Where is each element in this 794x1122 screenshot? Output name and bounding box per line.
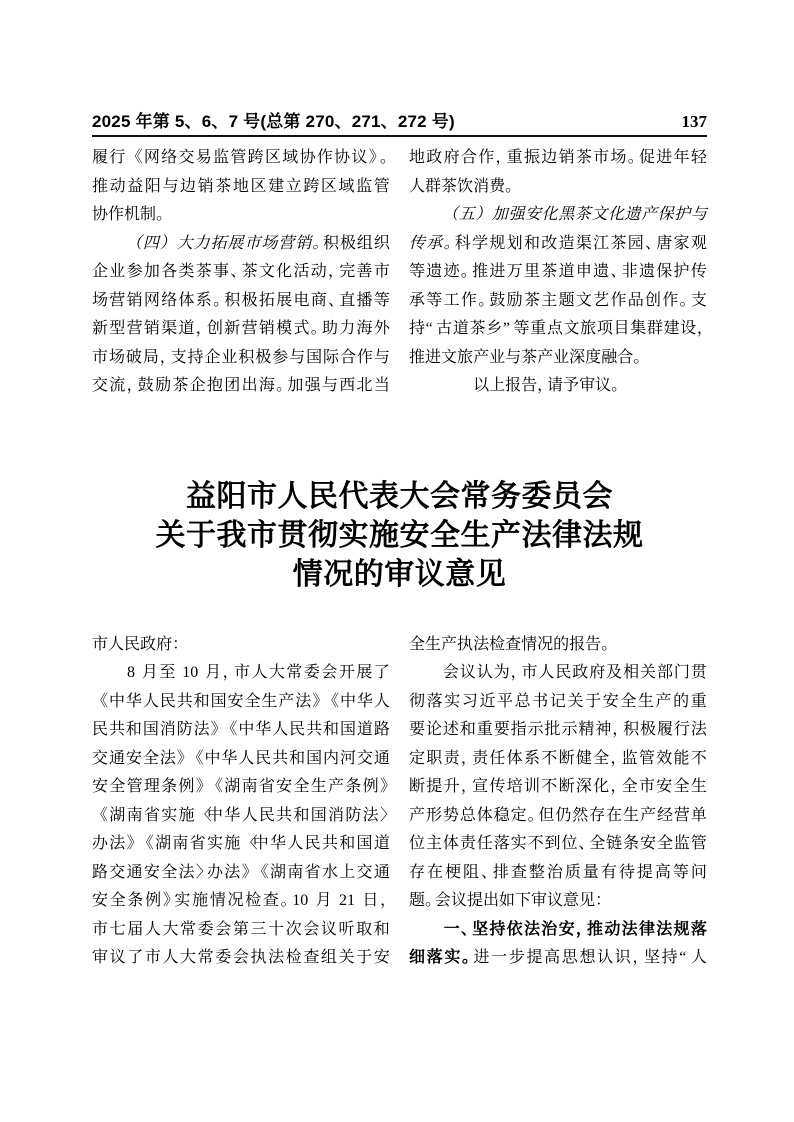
char: 共 bbox=[109, 716, 125, 745]
char: 企 bbox=[190, 372, 206, 401]
char: 次 bbox=[286, 916, 302, 945]
char: 查 bbox=[511, 859, 527, 888]
char: 实 bbox=[161, 802, 177, 831]
char: 销 bbox=[198, 173, 214, 202]
char: 质 bbox=[565, 859, 581, 888]
top-section-right-column: 地政府合作，重振边销茶市场。促进年轻人群茶饮消费。 （五）加强安化黑茶文化遗产保… bbox=[409, 144, 707, 401]
char: 国 bbox=[211, 688, 227, 717]
char: 与 bbox=[505, 344, 521, 373]
char: 化 bbox=[608, 201, 624, 230]
char: 活 bbox=[293, 258, 309, 287]
char: 湖 bbox=[109, 802, 125, 831]
char: 共 bbox=[306, 716, 322, 745]
char: 拓 bbox=[211, 230, 227, 259]
char: 产 bbox=[656, 688, 672, 717]
char: 彻 bbox=[409, 688, 425, 717]
char: 审 bbox=[579, 372, 595, 401]
char: 主 bbox=[541, 287, 557, 316]
char: 民 bbox=[259, 802, 275, 831]
char: ， bbox=[380, 887, 390, 916]
char: ， bbox=[576, 916, 586, 945]
char: 宣 bbox=[472, 773, 488, 802]
char bbox=[310, 887, 314, 916]
char: 通 bbox=[374, 859, 390, 888]
char: 产 bbox=[328, 773, 344, 802]
char: 系 bbox=[524, 745, 540, 774]
char: 道 bbox=[453, 315, 469, 344]
top-section-left-column: 履行《网络交易监管跨区域协作协议》。推动益阳与边销茶地区建立跨区域监管协作机制。… bbox=[92, 144, 390, 401]
char: 家 bbox=[674, 230, 690, 259]
text-line: 交通安全法》《中华人民共和国内河交通 bbox=[92, 745, 390, 774]
char: 。 bbox=[478, 287, 488, 316]
char: 落 bbox=[691, 916, 707, 945]
char: 传 bbox=[409, 230, 425, 259]
char: 认 bbox=[597, 944, 613, 973]
char: 位 bbox=[561, 830, 577, 859]
char: 了 bbox=[127, 944, 143, 973]
text-line: 市人民政府： bbox=[92, 631, 390, 660]
char: 到 bbox=[545, 830, 561, 859]
char: 想 bbox=[579, 944, 595, 973]
char bbox=[136, 659, 140, 688]
char: 业 bbox=[489, 344, 505, 373]
char: 极 bbox=[340, 230, 356, 259]
char: 法 bbox=[622, 916, 638, 945]
char: 规 bbox=[674, 916, 690, 945]
char: 见 bbox=[579, 887, 595, 916]
char: 交 bbox=[109, 859, 125, 888]
char: 促 bbox=[639, 144, 655, 173]
char: 工 bbox=[444, 287, 460, 316]
char: 产 bbox=[640, 802, 656, 831]
char: 不 bbox=[541, 773, 557, 802]
char: 和 bbox=[126, 716, 142, 745]
char: 实 bbox=[207, 830, 223, 859]
char: 于 bbox=[585, 688, 601, 717]
char: 落 bbox=[427, 688, 443, 717]
char: 府 bbox=[156, 631, 172, 660]
char: 进 bbox=[474, 944, 490, 973]
text-line: 安全管理条例》《湖南省安全生产条例》 bbox=[92, 773, 390, 802]
document-title: 益阳市人民代表大会常务委员会 关于我市贯彻实施安全生产法律法规 情况的审议意见 bbox=[92, 477, 707, 594]
char: 10 bbox=[292, 887, 308, 916]
char: 监 bbox=[674, 830, 690, 859]
char: 生 bbox=[691, 773, 707, 802]
char: 极 bbox=[640, 716, 656, 745]
text-line: 以上报告，请予审议。 bbox=[409, 372, 707, 401]
char: 书 bbox=[532, 688, 548, 717]
char: 拓 bbox=[259, 287, 275, 316]
char: 遗 bbox=[639, 258, 655, 287]
char: 以 bbox=[473, 372, 489, 401]
char: 查 bbox=[263, 887, 279, 916]
char: 安 bbox=[144, 859, 160, 888]
char: 商 bbox=[311, 287, 327, 316]
char: 交 bbox=[178, 144, 194, 173]
char: 》 bbox=[242, 859, 252, 888]
char: 国 bbox=[306, 745, 322, 774]
char: 为 bbox=[494, 659, 510, 688]
char: 》 bbox=[163, 887, 173, 916]
char: 法 bbox=[160, 745, 176, 774]
char: 播 bbox=[357, 287, 373, 316]
char: 业 bbox=[221, 344, 237, 373]
char: 大 bbox=[180, 944, 196, 973]
char: “ bbox=[679, 944, 689, 973]
char: ： bbox=[172, 631, 182, 660]
char: 实 bbox=[174, 887, 190, 916]
char: 道 bbox=[374, 830, 390, 859]
char: 组 bbox=[357, 230, 373, 259]
char: 建 bbox=[664, 315, 680, 344]
char: 执 bbox=[457, 631, 473, 660]
char: 委 bbox=[198, 916, 214, 945]
char: 管 bbox=[374, 173, 390, 202]
char: 安 bbox=[92, 887, 108, 916]
char: 产 bbox=[641, 201, 657, 230]
char: 茶 bbox=[196, 258, 212, 287]
char: 场 bbox=[261, 230, 277, 259]
text-line: 8 月至 10 月，市人大常委会开展了 bbox=[92, 659, 390, 688]
bottom-section-left-column: 市人民政府： 8 月至 10 月，市人大常委会开展了《中华人民共和国安全生产法》… bbox=[92, 631, 390, 973]
char: 人 bbox=[145, 916, 161, 945]
char: 届 bbox=[127, 916, 143, 945]
char: 唐 bbox=[656, 230, 672, 259]
char: 中 bbox=[340, 688, 356, 717]
char: 排 bbox=[493, 859, 509, 888]
char: 和 bbox=[524, 230, 540, 259]
char: 治 bbox=[541, 916, 557, 945]
char: 里 bbox=[524, 258, 540, 287]
char: 人 bbox=[108, 631, 124, 660]
char: 民 bbox=[555, 659, 571, 688]
char: 四 bbox=[143, 230, 159, 259]
char: 与 bbox=[691, 201, 707, 230]
char: 待 bbox=[619, 859, 635, 888]
char: ， bbox=[160, 344, 170, 373]
char: 不 bbox=[541, 745, 557, 774]
char: 通 bbox=[109, 745, 125, 774]
char: （ bbox=[126, 230, 142, 259]
text-line: 市场破局，支持企业积极参与国际合作与 bbox=[92, 344, 390, 373]
char: 当 bbox=[374, 372, 390, 401]
char: 委 bbox=[215, 944, 231, 973]
char: 茶 bbox=[575, 201, 591, 230]
char: 府 bbox=[444, 144, 460, 173]
char: 华 bbox=[357, 688, 373, 717]
char: 、 bbox=[230, 258, 240, 287]
char: 华 bbox=[224, 802, 240, 831]
char: 项 bbox=[597, 315, 613, 344]
char: 行 bbox=[109, 144, 125, 173]
char: 》 bbox=[211, 716, 221, 745]
char: 》 bbox=[177, 745, 187, 774]
text-line: 办法》《湖南省实施〈中华人民共和国道 bbox=[92, 830, 390, 859]
char: 推 bbox=[472, 258, 488, 287]
char: 《 bbox=[138, 830, 154, 859]
char: 。 bbox=[633, 344, 643, 373]
char: 断 bbox=[559, 773, 575, 802]
char: 了 bbox=[374, 659, 390, 688]
char: 道 bbox=[178, 315, 194, 344]
char: 推 bbox=[409, 344, 425, 373]
char: 培 bbox=[507, 773, 523, 802]
char: 群 bbox=[425, 173, 441, 202]
char: 大 bbox=[162, 916, 178, 945]
char: 出 bbox=[483, 887, 499, 916]
char: 贯 bbox=[691, 659, 707, 688]
char: 地 bbox=[233, 173, 249, 202]
char: 示 bbox=[528, 716, 544, 745]
char: 人 bbox=[374, 688, 390, 717]
char: 实 bbox=[511, 830, 527, 859]
char: 营 bbox=[278, 230, 294, 259]
char: 施 bbox=[224, 830, 240, 859]
char: 关 bbox=[567, 688, 583, 717]
char: 民 bbox=[160, 688, 176, 717]
char: 络 bbox=[161, 287, 177, 316]
text-line: 场营销网络体系。积极拓展电商、直播等 bbox=[92, 287, 390, 316]
char: 落 bbox=[494, 830, 510, 859]
char: 跨 bbox=[303, 173, 319, 202]
char: 茶 bbox=[576, 144, 592, 173]
char bbox=[357, 887, 361, 916]
char: 创 bbox=[645, 287, 661, 316]
char bbox=[177, 659, 181, 688]
char: 茶 bbox=[215, 173, 231, 202]
char bbox=[109, 230, 125, 259]
char: 域 bbox=[339, 173, 355, 202]
char: 施 bbox=[192, 887, 208, 916]
char: 法 bbox=[691, 716, 707, 745]
char: 总 bbox=[515, 688, 531, 717]
char: 共 bbox=[177, 688, 193, 717]
char: 民 bbox=[305, 830, 321, 859]
char: 法 bbox=[295, 688, 311, 717]
char: 安 bbox=[126, 745, 142, 774]
char: 业 bbox=[553, 344, 569, 373]
char: 市 bbox=[92, 631, 108, 660]
char: 鼓 bbox=[138, 372, 154, 401]
char: 市 bbox=[92, 344, 108, 373]
char: 如 bbox=[499, 887, 515, 916]
char: 一 bbox=[491, 944, 507, 973]
char: 》 bbox=[312, 688, 322, 717]
char: 10 bbox=[182, 659, 198, 688]
char: 和 bbox=[194, 688, 210, 717]
char: 任 bbox=[477, 830, 493, 859]
char: 合 bbox=[461, 144, 477, 173]
char: 全 bbox=[110, 887, 126, 916]
char: 法 bbox=[224, 859, 240, 888]
char: 边 bbox=[541, 144, 557, 173]
char: 责 bbox=[472, 745, 488, 774]
text-line: 传承。科学规划和改造渠江茶园、唐家观 bbox=[409, 230, 707, 259]
char: 生 bbox=[425, 631, 441, 660]
char: 企 bbox=[204, 344, 220, 373]
char: 予 bbox=[563, 372, 579, 401]
char: 阻 bbox=[463, 859, 479, 888]
char: 日 bbox=[362, 887, 378, 916]
char: 任 bbox=[489, 745, 505, 774]
char: 交 bbox=[92, 372, 108, 401]
char: 省 bbox=[259, 773, 275, 802]
char: 模 bbox=[276, 315, 292, 344]
char: （ bbox=[442, 201, 458, 230]
char: 展 bbox=[228, 230, 244, 259]
char: 化 bbox=[542, 201, 558, 230]
char: 学 bbox=[472, 230, 488, 259]
text-line: 一、坚持依法治安，推动法律法规落 bbox=[409, 916, 707, 945]
char: 茶 bbox=[172, 372, 188, 401]
char: 划 bbox=[507, 230, 523, 259]
char: 文 bbox=[259, 258, 275, 287]
text-line: 全生产执法检查情况的报告。 bbox=[409, 631, 707, 660]
char: “ bbox=[426, 315, 436, 344]
char: 式 bbox=[293, 315, 309, 344]
char: 南 bbox=[127, 802, 143, 831]
text-line: 审议了市人大常委会执法检查组关于安 bbox=[92, 944, 390, 973]
char: 形 bbox=[426, 802, 442, 831]
char: 安 bbox=[603, 688, 619, 717]
char: 全 bbox=[622, 773, 638, 802]
char: 条 bbox=[345, 773, 361, 802]
char: 海 bbox=[357, 315, 373, 344]
char: 政 bbox=[140, 631, 156, 660]
char: 月 bbox=[316, 887, 332, 916]
char: 总 bbox=[460, 802, 476, 831]
char: 传 bbox=[691, 258, 707, 287]
char: 类 bbox=[178, 258, 194, 287]
char: 《 bbox=[253, 859, 269, 888]
char: 人 bbox=[162, 944, 178, 973]
char: 电 bbox=[293, 287, 309, 316]
char: 月 bbox=[205, 659, 221, 688]
char: 费 bbox=[489, 173, 505, 202]
char: 情 bbox=[210, 887, 226, 916]
char: 营 bbox=[127, 315, 143, 344]
char: 园 bbox=[628, 230, 644, 259]
char: 题 bbox=[559, 287, 575, 316]
char: 积 bbox=[224, 287, 240, 316]
char: 跨 bbox=[248, 144, 264, 173]
char: 《 bbox=[323, 688, 339, 717]
char: 市 bbox=[92, 916, 108, 945]
char: 边 bbox=[180, 173, 196, 202]
text-line: 推动益阳与边销茶地区建立跨区域监管 bbox=[92, 173, 390, 202]
char: 动 bbox=[311, 258, 327, 287]
char: 全 bbox=[109, 773, 125, 802]
char: 新 bbox=[92, 315, 108, 344]
char: 落 bbox=[427, 944, 443, 973]
char: 极 bbox=[255, 344, 271, 373]
char: 场 bbox=[92, 287, 108, 316]
char: 梗 bbox=[445, 859, 461, 888]
char: 常 bbox=[286, 659, 302, 688]
char: 《 bbox=[207, 773, 223, 802]
char: ） bbox=[475, 201, 491, 230]
char: 织 bbox=[374, 230, 390, 259]
char bbox=[441, 372, 457, 401]
char: 与 bbox=[374, 344, 390, 373]
char: 进 bbox=[489, 258, 505, 287]
char: 委 bbox=[304, 659, 320, 688]
char: 。 bbox=[601, 631, 611, 660]
char: 全 bbox=[161, 859, 177, 888]
text-line: 民共和国消防法》《中华人民共和国道路 bbox=[92, 716, 390, 745]
char: 鼓 bbox=[489, 287, 505, 316]
char: 市 bbox=[521, 659, 537, 688]
char: 审 bbox=[92, 944, 108, 973]
char: 断 bbox=[559, 745, 575, 774]
char: 与 bbox=[289, 344, 305, 373]
char: 。 bbox=[312, 230, 322, 259]
char: 。 bbox=[628, 144, 638, 173]
char: 北 bbox=[357, 372, 373, 401]
char: 创 bbox=[207, 315, 223, 344]
char bbox=[426, 201, 442, 230]
char: 场 bbox=[109, 344, 125, 373]
text-line: 承等工作。鼓励茶主题文艺作品创作。支 bbox=[409, 287, 707, 316]
char: 重 bbox=[691, 688, 707, 717]
char: 度 bbox=[585, 344, 601, 373]
char: 〉 bbox=[380, 802, 390, 831]
char: 法 bbox=[194, 716, 210, 745]
char: 安 bbox=[228, 688, 244, 717]
char: 依 bbox=[507, 916, 523, 945]
char: 遗 bbox=[625, 201, 641, 230]
char: 识 bbox=[615, 944, 631, 973]
char: 例 bbox=[178, 773, 194, 802]
char: 听 bbox=[339, 916, 355, 945]
char: 和 bbox=[460, 716, 476, 745]
char: 茶 bbox=[441, 173, 457, 202]
char: 全 bbox=[657, 830, 673, 859]
char: 位 bbox=[409, 830, 425, 859]
char: 企 bbox=[92, 258, 108, 287]
char: ， bbox=[223, 659, 233, 688]
char: 。 bbox=[461, 258, 471, 287]
text-line: （五）加强安化黑茶文化遗产保护与 bbox=[409, 201, 707, 230]
char: 上 bbox=[339, 859, 355, 888]
char: 进 bbox=[656, 144, 672, 173]
text-line: 地政府合作，重振边销茶市场。促进年轻 bbox=[409, 144, 707, 173]
char: 产 bbox=[441, 631, 457, 660]
char: 营 bbox=[242, 315, 258, 344]
char: 励 bbox=[155, 372, 171, 401]
char: 河 bbox=[340, 745, 356, 774]
char: 产 bbox=[409, 802, 425, 831]
char: 不 bbox=[528, 830, 544, 859]
text-line: 交流，鼓励茶企抱团出海。加强与西北当 bbox=[92, 372, 390, 401]
char: 提 bbox=[467, 887, 483, 916]
char: 全 bbox=[620, 688, 636, 717]
char: 系 bbox=[196, 287, 212, 316]
char: 《 bbox=[92, 688, 108, 717]
char: 在 bbox=[427, 859, 443, 888]
char: 承 bbox=[426, 230, 442, 259]
char: 议 bbox=[321, 916, 337, 945]
char: 人 bbox=[691, 944, 707, 973]
char: 益 bbox=[127, 173, 143, 202]
text-line: 断提升，宣传培训不断深化，全市安全生 bbox=[409, 773, 707, 802]
char: 保 bbox=[656, 258, 672, 287]
char: ： bbox=[595, 887, 605, 916]
char: 传 bbox=[489, 773, 505, 802]
char: 全 bbox=[674, 773, 690, 802]
char: ， bbox=[632, 944, 642, 973]
char: 、 bbox=[610, 258, 620, 287]
